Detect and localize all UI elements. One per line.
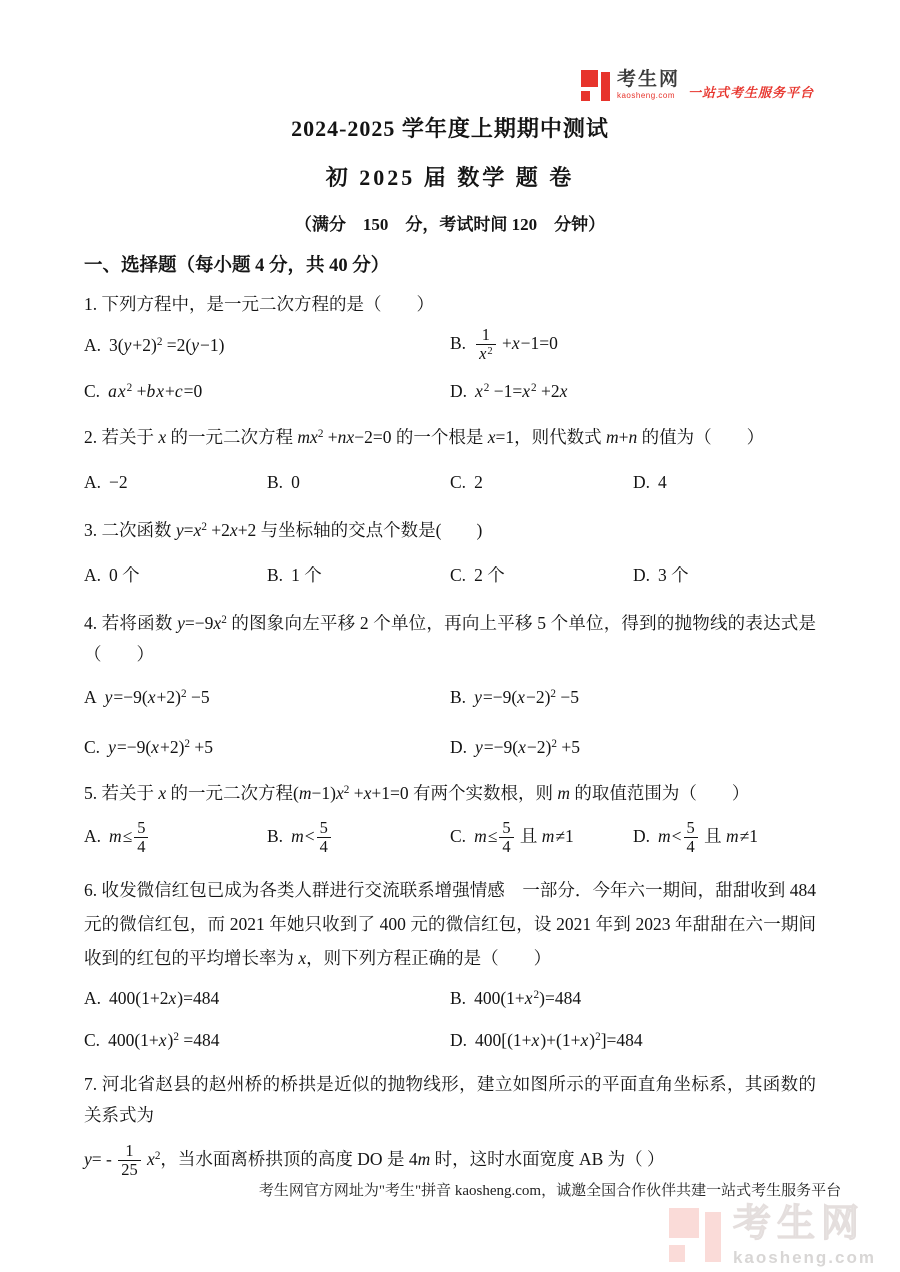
- option-label: A.: [84, 335, 101, 355]
- option-formula: 4: [658, 472, 667, 492]
- option-formula: m≤54 且 m≠1: [474, 826, 574, 846]
- option-formula: 0: [291, 472, 300, 492]
- question-7-stem: 7. 河北省赵县的赵州桥的桥拱是近似的抛物线形，建立如图所示的平面直角坐标系，其…: [84, 1069, 816, 1131]
- option-formula: y=−9(x−2)2 +5: [475, 737, 580, 757]
- brand-name: 考生网: [617, 70, 680, 89]
- option-formula: 400(1+x2)=484: [474, 988, 581, 1008]
- q3-option-b: B.1 个: [267, 560, 450, 590]
- option-formula: 3 个: [658, 565, 689, 585]
- exam-title-line1: 2024-2025 学年度上期期中测试: [84, 112, 816, 143]
- question-7: 7. 河北省赵县的赵州桥的桥拱是近似的抛物线形，建立如图所示的平面直角坐标系，其…: [84, 1069, 816, 1185]
- option-formula: 400(1+x)2 =484: [108, 1030, 219, 1050]
- option-label: D.: [450, 381, 467, 401]
- brand-block: 考生网 kaosheng.com: [617, 70, 680, 100]
- watermark: 考生网 kaosheng.com: [669, 1205, 876, 1266]
- option-formula: y=−9(x−2)2 −5: [474, 687, 579, 707]
- question-5-stem: 5. 若关于 x 的一元二次方程(m−1)x2 +x+1=0 有两个实数根，则 …: [84, 778, 816, 809]
- option-label: D.: [633, 826, 650, 846]
- section-heading: 一、选择题（每小题 4 分，共 40 分）: [84, 251, 816, 277]
- question-6-stem: 6. 收发微信红包已成为各类人群进行交流联系增强情感 一部分．今年六一期间，甜甜…: [84, 873, 816, 975]
- option-label: B.: [450, 333, 466, 353]
- option-label: B.: [450, 687, 466, 707]
- option-formula: 400(1+2x)=484: [109, 988, 219, 1008]
- q5-option-a: A.m≤54: [84, 819, 267, 857]
- kaosheng-logo-icon: [581, 70, 611, 102]
- question-7-formula: y= - 125 x2，当水面离桥拱顶的高度 DO 是 4m 时，这时水面宽度 …: [84, 1133, 816, 1185]
- option-formula: x2 −1=x2 +2x: [475, 381, 568, 401]
- brand-domain: kaosheng.com: [617, 92, 680, 100]
- option-formula: 0 个: [109, 565, 140, 585]
- kaosheng-logo: 考生网 kaosheng.com 一站式考生服务平台: [581, 70, 814, 102]
- brand-tagline: 一站式考生服务平台: [688, 82, 814, 101]
- question-5-options: A.m≤54 B.m<54 C.m≤54 且 m≠1 D.m<54 且 m≠1: [84, 819, 816, 857]
- q3-option-c: C.2 个: [450, 560, 633, 590]
- option-label: C.: [84, 1030, 100, 1050]
- q6-option-c: C.400(1+x)2 =484: [84, 1025, 450, 1055]
- option-formula: m≤54: [109, 826, 150, 846]
- option-label: A.: [84, 826, 101, 846]
- q4-option-d: D.y=−9(x−2)2 +5: [450, 732, 816, 762]
- question-3-options: A.0 个 B.1 个 C.2 个 D.3 个: [84, 560, 816, 590]
- question-3: 3. 二次函数 y=x2 +2x+2 与坐标轴的交点个数是( ) A.0 个 B…: [84, 515, 816, 590]
- q2-option-a: A.−2: [84, 467, 267, 497]
- option-label: A.: [84, 565, 101, 585]
- q5-option-b: B.m<54: [267, 819, 450, 857]
- question-2: 2. 若关于 x 的一元二次方程 mx2 +nx−2=0 的一个根是 x=1，则…: [84, 422, 816, 497]
- exam-title-line2: 初 2025 届 数学 题 卷: [84, 161, 816, 192]
- option-label: C.: [84, 381, 100, 401]
- question-4: 4. 若将函数 y=−9x2 的图象向左平移 2 个单位，再向上平移 5 个单位…: [84, 608, 816, 762]
- question-4-stem: 4. 若将函数 y=−9x2 的图象向左平移 2 个单位，再向上平移 5 个单位…: [84, 608, 816, 670]
- option-label: C.: [84, 737, 100, 757]
- option-formula: −2: [109, 472, 128, 492]
- option-label: B.: [267, 472, 283, 492]
- question-6: 6. 收发微信红包已成为各类人群进行交流联系增强情感 一部分．今年六一期间，甜甜…: [84, 873, 816, 1055]
- watermark-text: 考生网 kaosheng.com: [733, 1205, 876, 1266]
- watermark-logo-icon: [669, 1208, 721, 1264]
- q4-option-c: C.y=−9(x+2)2 +5: [84, 732, 450, 762]
- option-formula: 1 个: [291, 565, 322, 585]
- option-formula: ax2 +bx+c=0: [108, 381, 202, 401]
- option-label: D.: [633, 472, 650, 492]
- q5-option-d: D.m<54 且 m≠1: [633, 819, 816, 857]
- q4-option-b: B.y=−9(x−2)2 −5: [450, 682, 816, 712]
- q3-option-d: D.3 个: [633, 560, 816, 590]
- option-label: B.: [267, 565, 283, 585]
- q1-option-c: C.ax2 +bx+c=0: [84, 376, 450, 406]
- q1-option-b: B.1x2 +x−1=0: [450, 326, 816, 364]
- option-formula: 2: [474, 472, 483, 492]
- q3-option-a: A.0 个: [84, 560, 267, 590]
- option-label: A: [84, 687, 97, 707]
- question-2-stem: 2. 若关于 x 的一元二次方程 mx2 +nx−2=0 的一个根是 x=1，则…: [84, 422, 816, 453]
- option-formula: y=−9(x+2)2 +5: [108, 737, 213, 757]
- option-formula: 3(y+2)2 =2(y−1): [109, 335, 224, 355]
- q4-option-a: Ay=−9(x+2)2 −5: [84, 682, 450, 712]
- option-formula: y=−9(x+2)2 −5: [105, 687, 210, 707]
- q6-option-b: B.400(1+x2)=484: [450, 983, 816, 1013]
- watermark-domain: kaosheng.com: [733, 1249, 876, 1266]
- option-label: C.: [450, 565, 466, 585]
- option-label: C.: [450, 826, 466, 846]
- question-1-options: A.3(y+2)2 =2(y−1) B.1x2 +x−1=0 C.ax2 +bx…: [84, 326, 816, 406]
- footer-note: 考生网官方网址为"考生"拼音 kaosheng.com，诚邀全国合作伙伴共建一站…: [0, 1179, 900, 1200]
- option-formula: 1x2 +x−1=0: [474, 333, 558, 353]
- option-formula: m<54: [291, 826, 333, 846]
- option-label: D.: [633, 565, 650, 585]
- option-label: B.: [267, 826, 283, 846]
- question-3-stem: 3. 二次函数 y=x2 +2x+2 与坐标轴的交点个数是( ): [84, 515, 816, 546]
- question-4-options: Ay=−9(x+2)2 −5 B.y=−9(x−2)2 −5 C.y=−9(x+…: [84, 682, 816, 762]
- q1-option-a: A.3(y+2)2 =2(y−1): [84, 330, 450, 360]
- option-label: A.: [84, 988, 101, 1008]
- question-1-stem: 1. 下列方程中，是一元二次方程的是（ ）: [84, 289, 816, 320]
- q2-option-c: C.2: [450, 467, 633, 497]
- question-6-options: A.400(1+2x)=484 B.400(1+x2)=484 C.400(1+…: [84, 983, 816, 1055]
- q6-option-a: A.400(1+2x)=484: [84, 983, 450, 1013]
- q1-option-d: D.x2 −1=x2 +2x: [450, 376, 816, 406]
- q2-option-b: B.0: [267, 467, 450, 497]
- option-label: D.: [450, 1030, 467, 1050]
- option-label: D.: [450, 737, 467, 757]
- question-1: 1. 下列方程中，是一元二次方程的是（ ） A.3(y+2)2 =2(y−1) …: [84, 289, 816, 406]
- option-label: A.: [84, 472, 101, 492]
- q5-option-c: C.m≤54 且 m≠1: [450, 819, 633, 857]
- q2-option-d: D.4: [633, 467, 816, 497]
- watermark-brand: 考生网: [733, 1205, 876, 1243]
- option-formula: m<54 且 m≠1: [658, 826, 758, 846]
- option-label: C.: [450, 472, 466, 492]
- option-formula: 2 个: [474, 565, 505, 585]
- exam-info-line: （满分 150 分，考试时间 120 分钟）: [84, 210, 816, 235]
- option-formula: 400[(1+x)+(1+x)2]=484: [475, 1030, 643, 1050]
- option-label: B.: [450, 988, 466, 1008]
- question-5: 5. 若关于 x 的一元二次方程(m−1)x2 +x+1=0 有两个实数根，则 …: [84, 778, 816, 857]
- question-2-options: A.−2 B.0 C.2 D.4: [84, 467, 816, 497]
- q6-option-d: D.400[(1+x)+(1+x)2]=484: [450, 1025, 816, 1055]
- exam-page: 考生网 kaosheng.com 一站式考生服务平台 2024-2025 学年度…: [0, 0, 900, 1272]
